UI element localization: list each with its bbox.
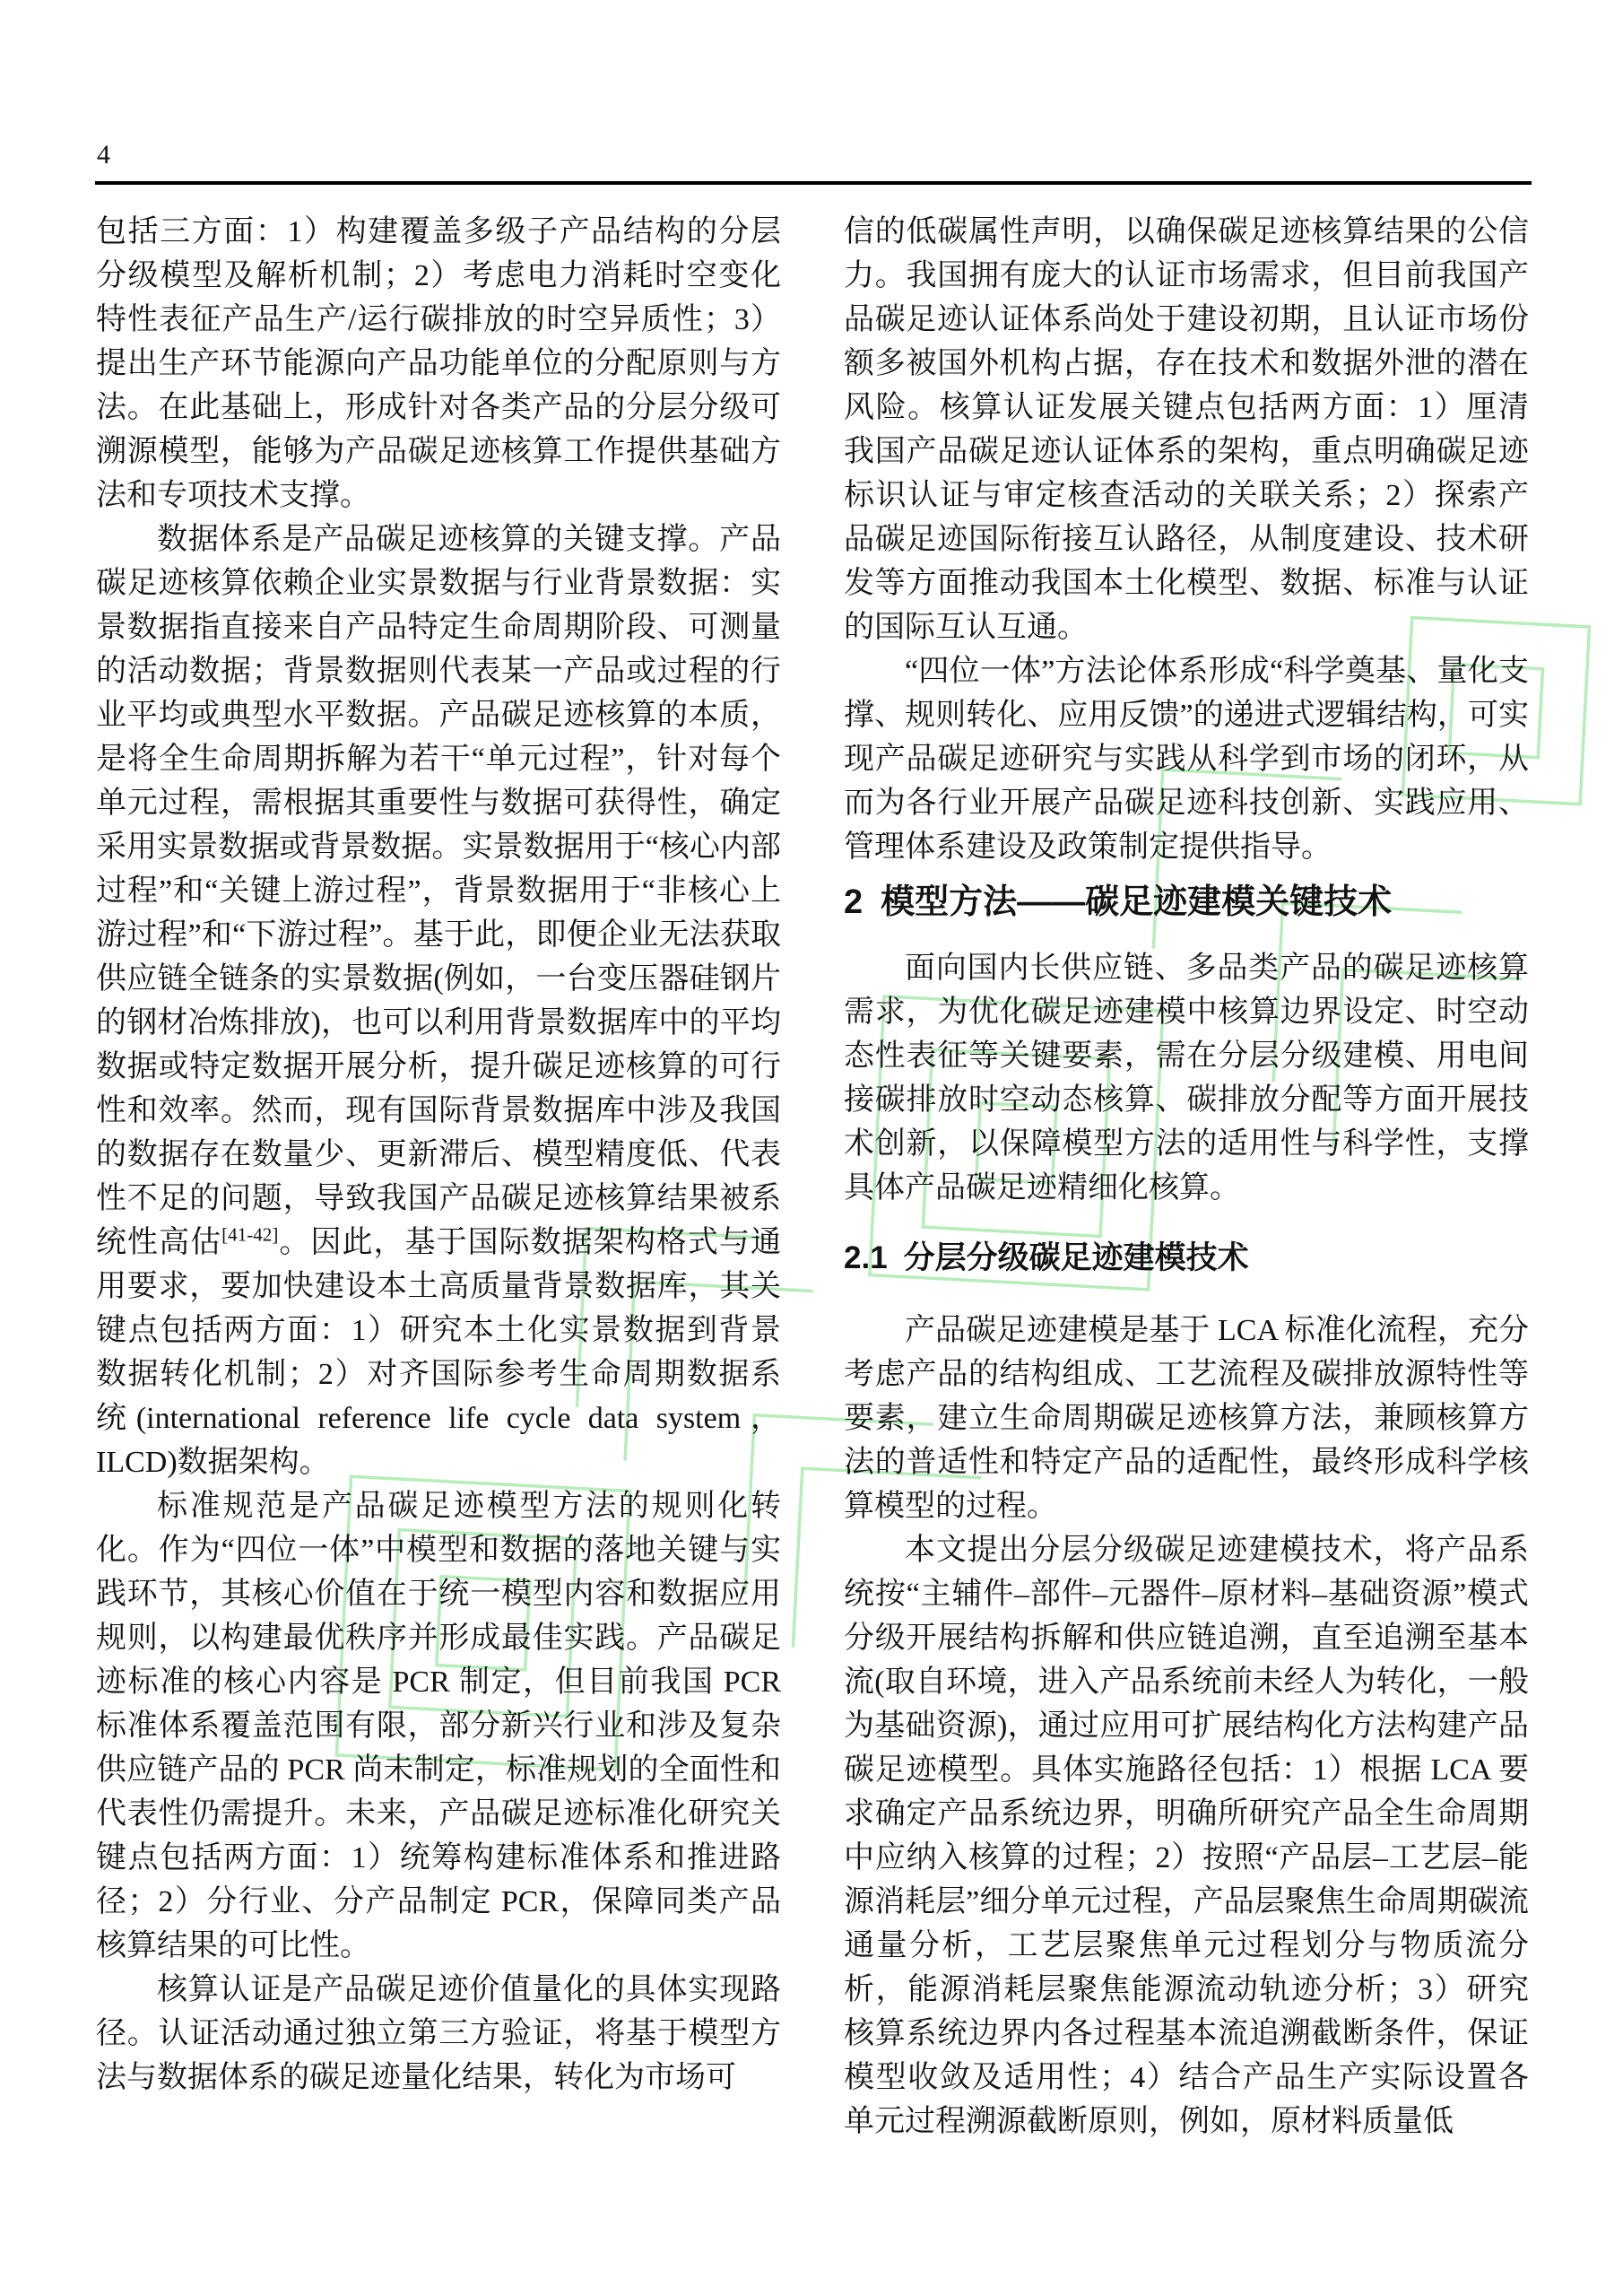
text-run: 信的低碳属性声明，以确保碳足迹核算结果的公信力。我国拥有庞大的认证市场需求，但目…: [844, 215, 1529, 644]
section-heading: 2模型方法——碳足迹建模关键技术: [844, 880, 1529, 925]
paragraph: “四位一体”方法论体系形成“科学奠基、量化支撑、规则转化、应用反馈”的递进式逻辑…: [844, 649, 1529, 869]
heading-title: 模型方法——碳足迹建模关键技术: [881, 883, 1392, 921]
paragraph: 本文提出分层分级碳足迹建模技术，将产品系统按“主辅件–部件–元器件–原材料–基础…: [844, 1528, 1529, 2144]
text-run: 本文提出分层分级碳足迹建模技术，将产品系统按“主辅件–部件–元器件–原材料–基础…: [844, 1534, 1529, 2138]
text-run: “四位一体”方法论体系形成“科学奠基、量化支撑、规则转化、应用反馈”的递进式逻辑…: [844, 655, 1529, 864]
citation-superscript: [41-42]: [221, 1224, 278, 1246]
text-run: 产品碳足迹建模是基于 LCA 标准化流程，充分考虑产品的结构组成、工艺流程及碳排…: [844, 1314, 1529, 1523]
heading-title: 分层分级碳足迹建模技术: [904, 1240, 1249, 1275]
document-page: 4 包括三方面：1）构建覆盖多级子产品结构的分层分级模型及解析机制；2）考虑电力…: [0, 0, 1623, 2296]
text-run: 包括三方面：1）构建覆盖多级子产品结构的分层分级模型及解析机制；2）考虑电力消耗…: [96, 215, 781, 512]
page-number: 4: [97, 140, 110, 170]
subsection-heading: 2.1分层分级碳足迹建模技术: [844, 1235, 1529, 1282]
paragraph: 数据体系是产品碳足迹核算的关键支撑。产品碳足迹核算依赖企业实景数据与行业背景数据…: [96, 517, 781, 1484]
paragraph: 标准规范是产品碳足迹模型方法的规则化转化。作为“四位一体”中模型和数据的落地关键…: [96, 1484, 781, 1968]
text-run: 核算认证是产品碳足迹价值量化的具体实现路径。认证活动通过独立第三方验证，将基于模…: [96, 1973, 781, 2094]
paragraph: 面向国内长供应链、多品类产品的碳足迹核算需求，为优化碳足迹建模中核算边界设定、时…: [844, 946, 1529, 1210]
right-column: 信的低碳属性声明，以确保碳足迹核算结果的公信力。我国拥有庞大的认证市场需求，但目…: [844, 210, 1529, 2144]
paragraph: 产品碳足迹建模是基于 LCA 标准化流程，充分考虑产品的结构组成、工艺流程及碳排…: [844, 1309, 1529, 1528]
header-rule: [95, 181, 1532, 185]
text-run: 面向国内长供应链、多品类产品的碳足迹核算需求，为优化碳足迹建模中核算边界设定、时…: [844, 952, 1529, 1205]
text-run: 数据体系是产品碳足迹核算的关键支撑。产品碳足迹核算依赖企业实景数据与行业背景数据…: [96, 523, 781, 1259]
paragraph: 包括三方面：1）构建覆盖多级子产品结构的分层分级模型及解析机制；2）考虑电力消耗…: [96, 210, 781, 517]
text-run: 。因此，基于国际数据架构格式与通用要求，要加快建设本土高质量背景数据库，其关键点…: [96, 1226, 781, 1479]
heading-number: 2: [844, 883, 863, 921]
left-column: 包括三方面：1）构建覆盖多级子产品结构的分层分级模型及解析机制；2）考虑电力消耗…: [96, 210, 781, 2100]
text-run: 标准规范是产品碳足迹模型方法的规则化转化。作为“四位一体”中模型和数据的落地关键…: [96, 1490, 781, 1962]
paragraph: 核算认证是产品碳足迹价值量化的具体实现路径。认证活动通过独立第三方验证，将基于模…: [96, 1968, 781, 2100]
heading-number: 2.1: [844, 1240, 888, 1275]
paragraph: 信的低碳属性声明，以确保碳足迹核算结果的公信力。我国拥有庞大的认证市场需求，但目…: [844, 210, 1529, 649]
